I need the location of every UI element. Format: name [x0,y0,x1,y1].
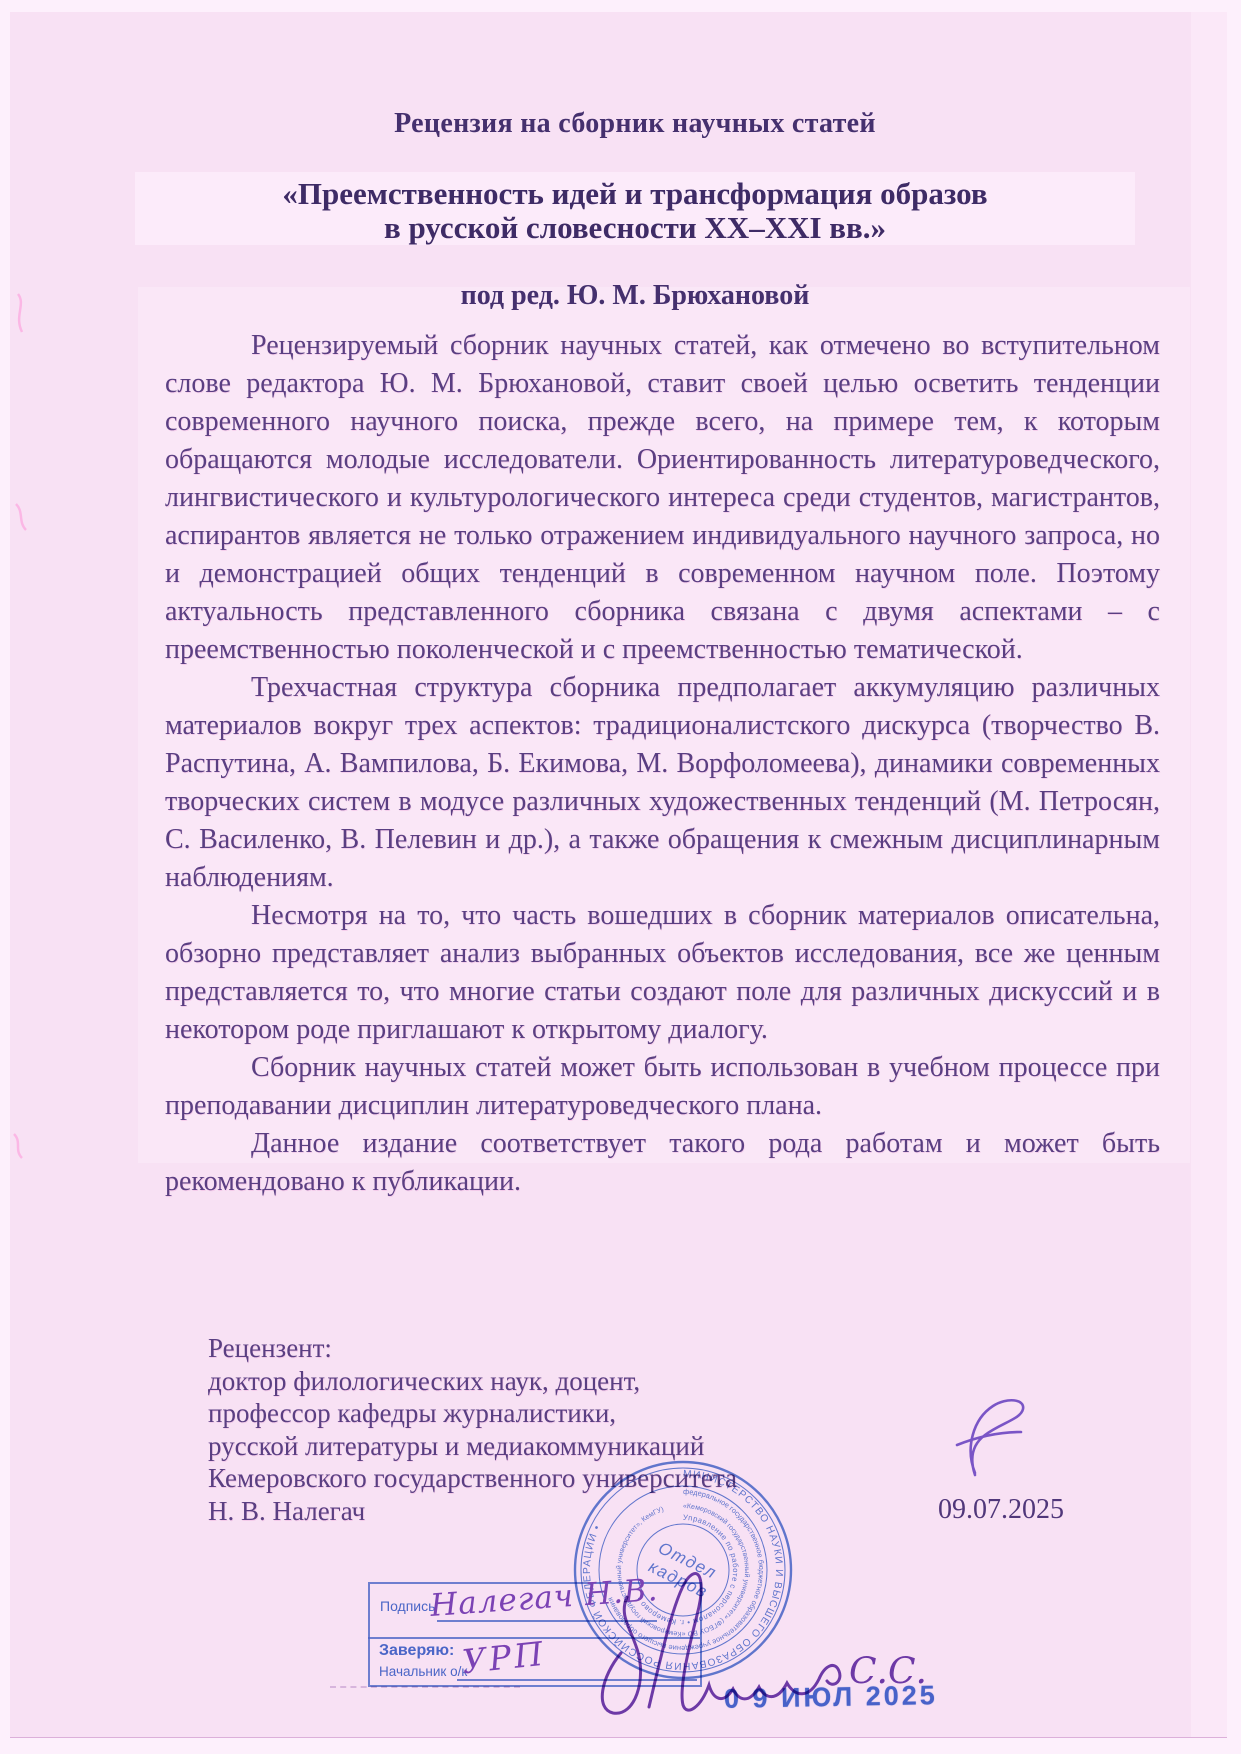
review-body: Рецензируемый сборник научных статей, ка… [165,327,1160,1201]
collection-title-line-2: в русской словесности XX–XXI вв.» [135,211,1135,245]
reviewer-label: Рецензент: [208,1332,737,1365]
margin-mark [12,500,34,534]
collection-title-line-1: «Преемственность идей и трансформация об… [135,177,1135,211]
paragraph-3: Несмотря на то, что часть вошедших в сбо… [165,897,1160,1049]
scanned-review-page: Рецензия на сборник научных статей «Прее… [0,0,1241,1754]
margin-mark [12,292,34,336]
paragraph-2: Трехчастная структура сборника предполаг… [165,669,1160,897]
editor-line: под ред. Ю. М. Брюхановой [135,280,1135,312]
review-date: 09.07.2025 [938,1494,1064,1526]
paragraph-4: Сборник научных статей может быть исполь… [165,1049,1160,1125]
collection-title: «Преемственность идей и трансформация об… [135,177,1135,245]
certifier-signature: С.С. [583,1557,933,1727]
certifier-title-label: Начальник о/к [379,1664,467,1679]
paragraph-5: Данное издание соответствует такого рода… [165,1125,1160,1201]
document-type-heading: Рецензия на сборник научных статей [135,108,1135,140]
signature-label: Подпись [380,1598,435,1614]
reviewer-signature-flourish [945,1393,1045,1483]
certify-label: Заверяю: [379,1642,454,1660]
paragraph-1: Рецензируемый сборник научных статей, ка… [165,327,1160,669]
reviewer-degree: доктор филологических наук, доцент, [208,1365,737,1398]
scan-light-band [1191,12,1227,1737]
margin-mark [10,1132,32,1162]
reviewer-position: профессор кафедры журналистики, [208,1397,737,1430]
certifier-initials: С.С. [849,1651,927,1692]
